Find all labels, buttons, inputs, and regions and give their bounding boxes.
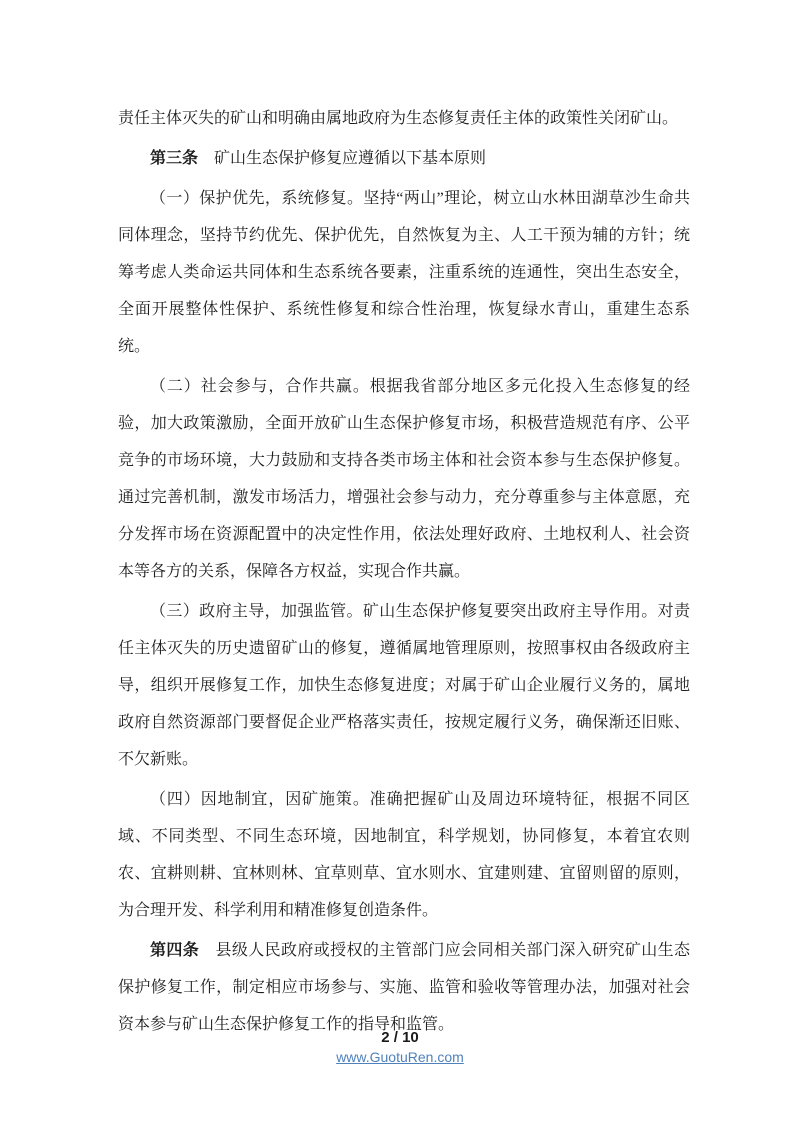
- document-body: 责任主体灭失的矿山和明确由属地政府为生态修复责任主体的政策性关闭矿山。 第三条 …: [118, 100, 690, 1043]
- paragraph-article-4: 第四条 县级人民政府或授权的主管部门应会同相关部门深入研究矿山生态保护修复工作，…: [118, 932, 690, 1043]
- page-number: 2 / 10: [0, 1028, 800, 1048]
- paragraph-principle-1: （一）保护优先，系统修复。坚持“两山”理论，树立山水林田湖草沙生命共同体理念，坚…: [118, 180, 690, 365]
- page-footer: 2 / 10 www.GuotuRen.com: [0, 1028, 800, 1067]
- paragraph-principle-2: （二）社会参与，合作共赢。根据我省部分地区多元化投入生态修复的经验，加大政策激励…: [118, 368, 690, 590]
- paragraph-article-3: 第三条 矿山生态保护修复应遵循以下基本原则: [118, 140, 690, 177]
- footer-website-link[interactable]: www.GuotuRen.com: [336, 1048, 464, 1066]
- article-4-text: 县级人民政府或授权的主管部门应会同相关部门深入研究矿山生态保护修复工作，制定相应…: [118, 942, 690, 1033]
- paragraph-continuation: 责任主体灭失的矿山和明确由属地政府为生态修复责任主体的政策性关闭矿山。: [118, 100, 690, 137]
- article-3-text: 矿山生态保护修复应遵循以下基本原则: [198, 150, 486, 167]
- article-4-label: 第四条: [150, 942, 199, 959]
- paragraph-principle-4: （四）因地制宜，因矿施策。准确把握矿山及周边环境特征，根据不同区域、不同类型、不…: [118, 781, 690, 929]
- paragraph-principle-3: （三）政府主导，加强监管。矿山生态保护修复要突出政府主导作用。对责任主体灭失的历…: [118, 593, 690, 778]
- article-3-label: 第三条: [150, 150, 198, 167]
- document-page: 责任主体灭失的矿山和明确由属地政府为生态修复责任主体的政策性关闭矿山。 第三条 …: [0, 0, 800, 1132]
